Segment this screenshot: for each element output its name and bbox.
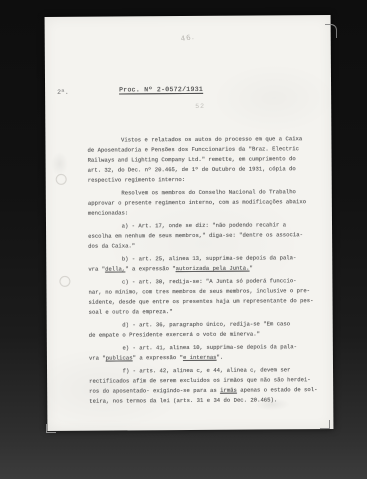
underlined-text: irmãs [220,387,237,394]
paper-smudge [47,147,71,181]
text-segment: d) - art. 36, paragrapho único, redija-s… [89,320,290,328]
text-segment: vra " [89,355,106,362]
document-line: escolha em nenhum de seus membros," diga… [88,230,320,242]
document-line: approvar o presente regimento interno, c… [88,197,320,209]
text-segment: respectivo regimento interno: [88,176,185,184]
document-line: dos da Caixa." [88,240,320,252]
page-corner-fold [325,24,337,38]
text-segment: e) - art. 41, alinea 10, supprima-se dep… [89,343,297,351]
text-segment: de empate o Presidente exercerá o voto d… [89,331,260,339]
document-line: vra "publicas" a expressão "e internas". [89,352,321,364]
text-segment: mencionadas: [88,209,128,216]
document-line: vra "della," a expressão "autorizada pel… [88,263,320,275]
text-segment: escolha em nenhum de seus membros," diga… [88,231,303,239]
document-line: respectivo regimento interno: [88,174,320,186]
text-segment: c) - art. 30, redija-se: "A Junta só pod… [88,277,296,285]
text-segment: dos da Caixa." [88,242,135,249]
text-segment: Vistos e relatados os autos do processo … [87,135,302,143]
text-segment: rectificados afim de serem excluidos os … [89,376,311,385]
margin-note: 2ª. [57,89,69,96]
document-title: Proc. Nº 2-0572/1931 [119,86,203,94]
paper-smudge [247,395,297,413]
punch-hole-icon [59,276,70,287]
text-segment: " [249,265,252,272]
text-segment: " a expressão " [133,354,183,361]
text-segment: " a expressão " [125,265,175,272]
stamp-number: 52 [195,103,205,110]
text-segment: de Aposentadoria e Pensões dos Funcciona… [87,145,299,153]
underlined-text: della, [105,265,125,272]
document-line: mencionadas: [88,207,320,219]
document-line: de empate o Presidente exercerá o voto d… [89,329,321,341]
text-segment: f) - arts. 42, alinea c, e 44, alinea c,… [89,366,290,374]
document-line: art. 32, do Dec. nº 20.465, de 1º de Out… [88,164,320,176]
document-body: Vistos e relatados os autos do processo … [87,134,321,407]
underlined-text: autorizada pela Junta. [176,265,250,273]
pencil-page-number: 46. [180,33,195,43]
text-segment: nar, no mínimo, com tres membros de seus… [88,287,310,296]
text-segment: art. 32, do Dec. nº 20.465, de 1º de Out… [88,165,296,173]
document-line: soal e outro da empreza." [89,306,321,318]
text-segment: sidente, desde que entre os presentes ha… [89,297,314,306]
underlined-text: publicas [106,354,133,361]
document-line: sidente, desde que entre os presentes ha… [89,296,321,308]
text-segment: b) - art. 25, alinea 13, supprima-se dep… [88,254,296,262]
text-segment: approvar o presente regimento interno, c… [88,198,306,207]
text-segment: Resolvem os membros do Conselho Nacional… [88,188,296,196]
scanned-document-photo: 46. 2ª. Proc. Nº 2-0572/1931 52 Vistos e… [0,0,367,479]
text-segment: apenas o estado de sol- [237,386,318,394]
document-page: 46. 2ª. Proc. Nº 2-0572/1931 52 Vistos e… [45,15,334,431]
corner-bracket-icon [46,424,56,433]
text-segment: vra " [88,266,105,273]
text-segment: Railways and Lighting Company Ltd." reme… [88,155,296,163]
text-segment: ". [217,354,224,361]
text-segment: ros do aposentado- exigindo-se para as [89,387,220,395]
corner-bracket-icon [320,420,330,429]
text-segment: soal e outro da empreza." [89,308,173,316]
underlined-text: e internas [183,354,217,361]
text-segment: a) - Art. 17, onde se diz: "não podendo … [88,221,286,229]
